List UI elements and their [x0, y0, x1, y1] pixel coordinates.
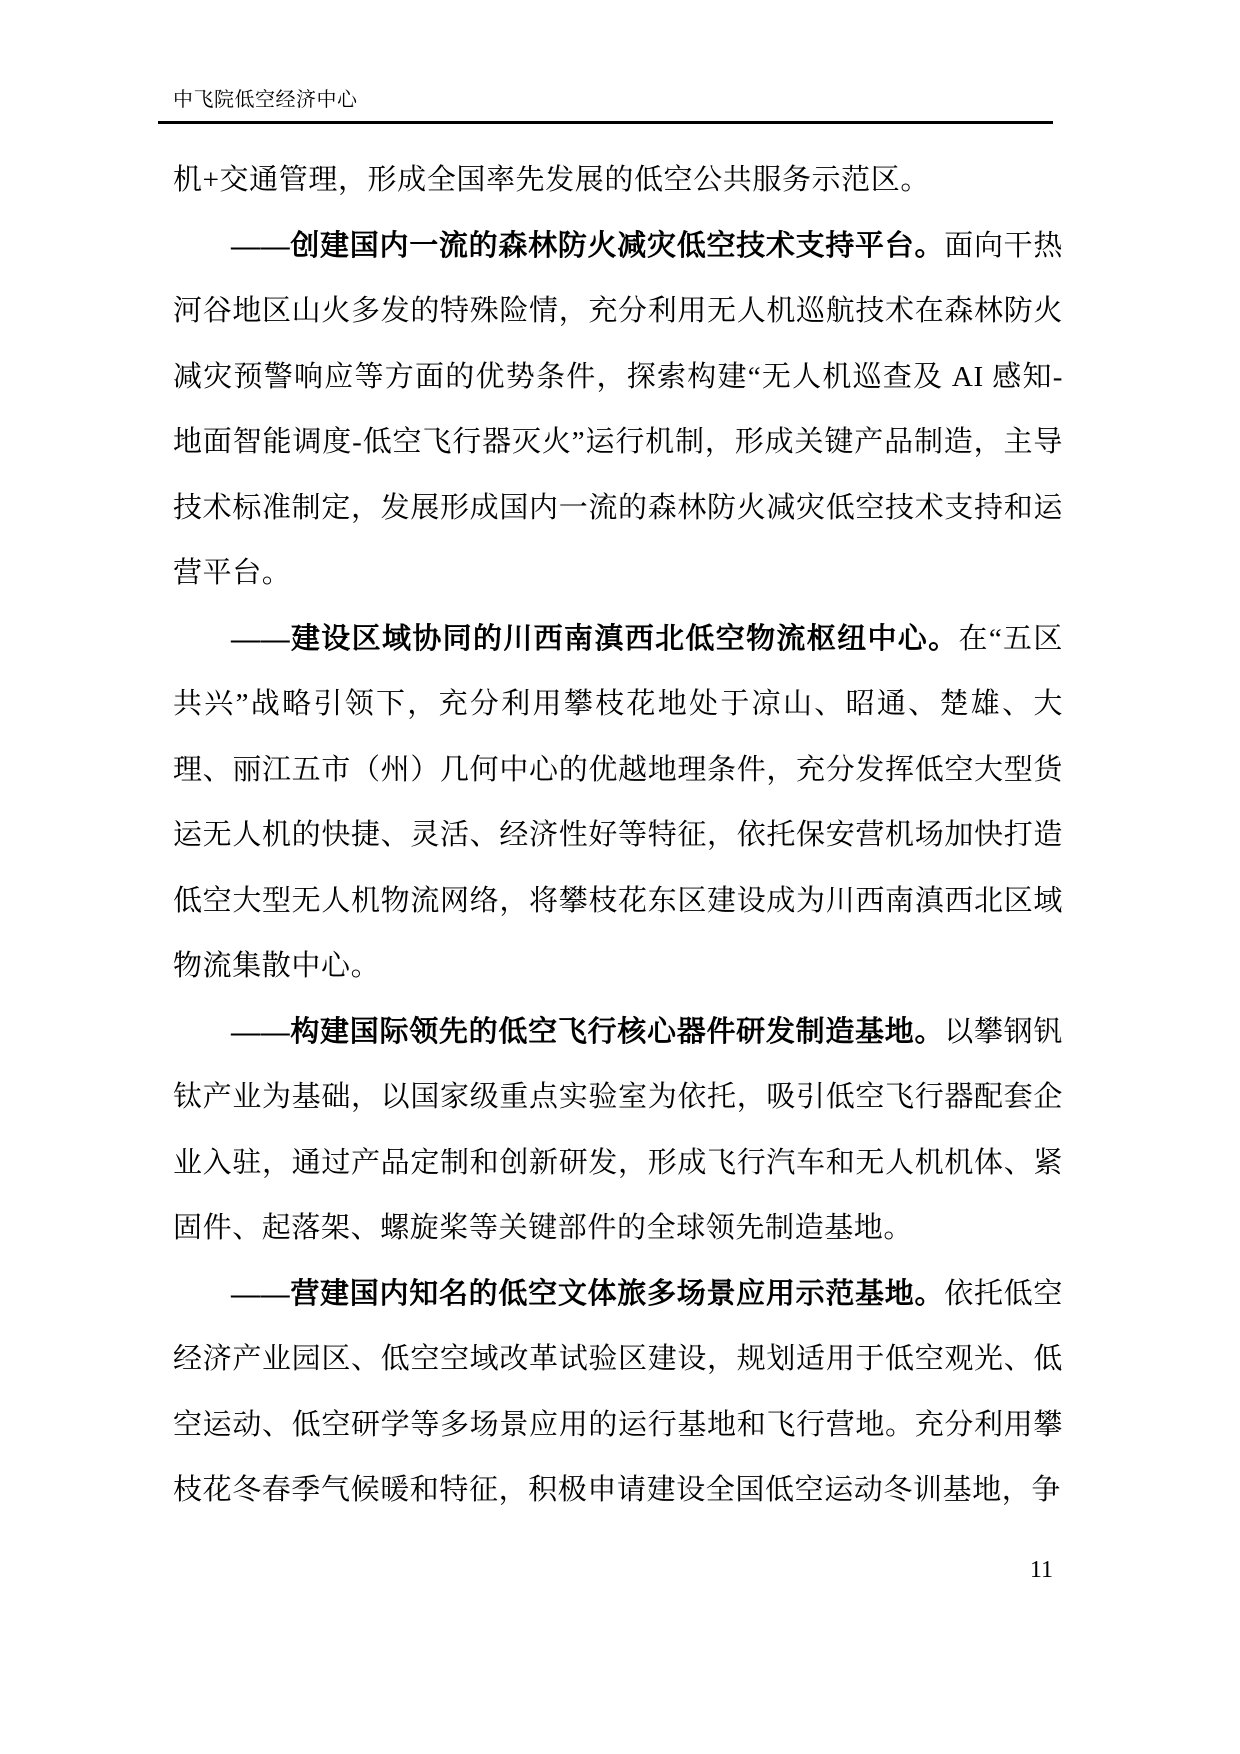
body-paragraph-5: ——营建国内知名的低空文体旅多场景应用示范基地。依托低空经济产业园区、低空空域改…	[173, 1262, 1063, 1524]
paragraph-text: 面向干热河谷地区山火多发的特殊险情，充分利用无人机巡航技术在森林防火减灾预警响应…	[173, 230, 1063, 590]
header-title: 中飞院低空经济中心	[173, 0, 1053, 110]
body-paragraph-3: ——建设区域协同的川西南滇西北低空物流枢纽中心。在“五区共兴”战略引领下，充分利…	[173, 607, 1063, 1000]
paragraph-lead: ——营建国内知名的低空文体旅多场景应用示范基地。	[231, 1278, 944, 1310]
document-page: 中飞院低空经济中心 机+交通管理，形成全国率先发展的低空公共服务示范区。 ——创…	[0, 0, 1240, 1754]
paragraph-lead: ——建设区域协同的川西南滇西北低空物流枢纽中心。	[231, 623, 959, 655]
page-header: 中飞院低空经济中心	[158, 0, 1053, 124]
body-paragraph-2: ——创建国内一流的森林防火减灾低空技术支持平台。面向干热河谷地区山火多发的特殊险…	[173, 214, 1063, 607]
paragraph-text: 在“五区共兴”战略引领下，充分利用攀枝花地处于凉山、昭通、楚雄、大理、丽江五市（…	[173, 623, 1063, 983]
paragraph-lead: ——创建国内一流的森林防火减灾低空技术支持平台。	[231, 230, 944, 262]
paragraph-text: 机+交通管理，形成全国率先发展的低空公共服务示范区。	[173, 164, 930, 196]
page-number: 11	[1030, 1556, 1053, 1584]
paragraph-text: 依托低空经济产业园区、低空空域改革试验区建设，规划适用于低空观光、低空运动、低空…	[173, 1278, 1063, 1507]
body-paragraph-1: 机+交通管理，形成全国率先发展的低空公共服务示范区。	[173, 148, 1063, 214]
body-paragraph-4: ——构建国际领先的低空飞行核心器件研发制造基地。以攀钢钒钛产业为基础，以国家级重…	[173, 1000, 1063, 1262]
document-body: 机+交通管理，形成全国率先发展的低空公共服务示范区。 ——创建国内一流的森林防火…	[173, 148, 1063, 1524]
paragraph-lead: ——构建国际领先的低空飞行核心器件研发制造基地。	[231, 1016, 944, 1048]
paragraph-text: 以攀钢钒钛产业为基础，以国家级重点实验室为依托，吸引低空飞行器配套企业入驻，通过…	[173, 1016, 1063, 1245]
